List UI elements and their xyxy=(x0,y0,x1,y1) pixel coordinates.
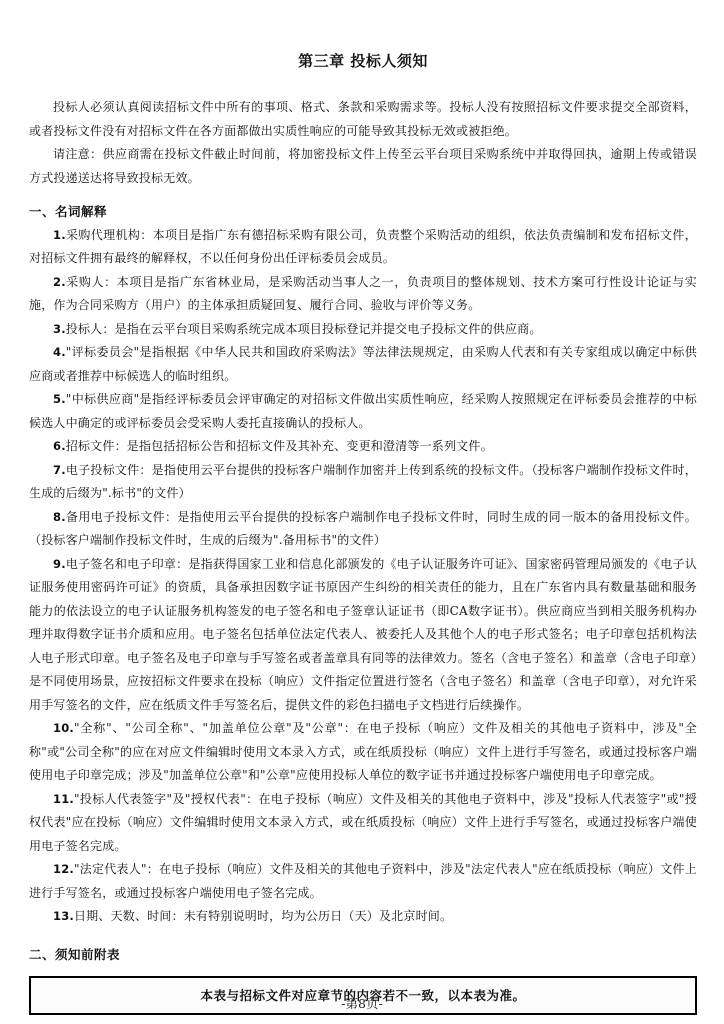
definition-item-10: 10."全称"、"公司全称"、"加盖单位公章"及"公章"：在电子投标（响应）文件… xyxy=(29,717,697,788)
item-number: 12. xyxy=(53,862,74,876)
definition-item-13: 13.日期、天数、时间：未有特别说明时，均为公历日（天）及北京时间。 xyxy=(29,905,697,929)
definition-item-1: 1.采购代理机构：本项目是指广东有德招标采购有限公司，负责整个采购活动的组织，依… xyxy=(29,224,697,271)
definition-item-11: 11."投标人代表签字"及"授权代表"：在电子投标（响应）文件及相关的其他电子资… xyxy=(29,788,697,859)
item-number: 4. xyxy=(53,345,66,359)
intro-paragraph-1: 投标人必须认真阅读招标文件中所有的事项、格式、条款和采购需求等。投标人没有按照招… xyxy=(29,96,697,143)
item-text: 招标文件：是指包括招标公告和招标文件及其补充、变更和澄清等一系列文件。 xyxy=(66,439,493,453)
definition-item-7: 7.电子投标文件：是指使用云平台提供的投标客户端制作加密并上传到系统的投标文件。… xyxy=(29,459,697,506)
item-number: 3. xyxy=(53,322,66,336)
item-number: 6. xyxy=(53,439,66,453)
item-text: "投标人代表签字"及"授权代表"：在电子投标（响应）文件及相关的其他电子资料中，… xyxy=(29,792,697,853)
document-page: 第三章 投标人须知 投标人必须认真阅读招标文件中所有的事项、格式、条款和采购需求… xyxy=(0,0,724,1024)
item-number: 5. xyxy=(53,392,66,406)
item-text: 电子投标文件：是指使用云平台提供的投标客户端制作加密并上传到系统的投标文件。（投… xyxy=(29,463,697,501)
item-number: 11. xyxy=(53,792,74,806)
item-text: "中标供应商"是指经评标委员会评审确定的对招标文件做出实质性响应，经采购人按照规… xyxy=(29,392,697,430)
item-text: 投标人：是指在云平台项目采购系统完成本项目投标登记并提交电子投标文件的供应商。 xyxy=(66,322,542,336)
definition-item-6: 6.招标文件：是指包括招标公告和招标文件及其补充、变更和澄清等一系列文件。 xyxy=(29,435,697,459)
item-text: "法定代表人"：在电子投标（响应）文件及相关的其他电子资料中，涉及"法定代表人"… xyxy=(29,862,697,900)
item-text: 备用电子投标文件：是指使用云平台提供的投标客户端制作电子投标文件时，同时生成的同… xyxy=(29,510,697,548)
item-number: 8. xyxy=(53,510,66,524)
item-text: "评标委员会"是指根据《中华人民共和国政府采购法》等法律法规规定，由采购人代表和… xyxy=(29,345,697,383)
item-text: "全称"、"公司全称"、"加盖单位公章"及"公章"：在电子投标（响应）文件及相关… xyxy=(29,721,697,782)
definition-item-9: 9.电子签名和电子印章：是指获得国家工业和信息化部颁发的《电子认证服务许可证》、… xyxy=(29,553,697,718)
item-text: 采购人：本项目是指广东省林业局，是采购活动当事人之一，负责项目的整体规划、技术方… xyxy=(29,275,697,313)
definition-item-8: 8.备用电子投标文件：是指使用云平台提供的投标客户端制作电子投标文件时，同时生成… xyxy=(29,506,697,553)
page-number: -第8页- xyxy=(0,994,724,1012)
item-number: 7. xyxy=(53,463,66,477)
item-number: 2. xyxy=(53,275,66,289)
item-number: 9. xyxy=(53,557,66,571)
definition-item-12: 12."法定代表人"：在电子投标（响应）文件及相关的其他电子资料中，涉及"法定代… xyxy=(29,858,697,905)
definition-item-2: 2.采购人：本项目是指广东省林业局，是采购活动当事人之一，负责项目的整体规划、技… xyxy=(29,271,697,318)
definition-item-5: 5."中标供应商"是指经评标委员会评审确定的对招标文件做出实质性响应，经采购人按… xyxy=(29,388,697,435)
item-text: 采购代理机构：本项目是指广东有德招标采购有限公司，负责整个采购活动的组织，依法负… xyxy=(29,228,697,266)
definition-item-3: 3.投标人：是指在云平台项目采购系统完成本项目投标登记并提交电子投标文件的供应商… xyxy=(29,318,697,342)
item-text: 日期、天数、时间：未有特别说明时，均为公历日（天）及北京时间。 xyxy=(74,909,452,923)
page-title: 第三章 投标人须知 xyxy=(29,50,697,72)
intro-paragraph-2: 请注意：供应商需在投标文件截止时间前，将加密投标文件上传至云平台项目采购系统中并… xyxy=(29,143,697,190)
item-number: 10. xyxy=(53,721,74,735)
definitions-heading: 一、名词解释 xyxy=(29,200,697,224)
definition-item-4: 4."评标委员会"是指根据《中华人民共和国政府采购法》等法律法规规定，由采购人代… xyxy=(29,341,697,388)
item-text: 电子签名和电子印章：是指获得国家工业和信息化部颁发的《电子认证服务许可证》、国家… xyxy=(29,557,697,712)
item-number: 13. xyxy=(53,909,74,923)
item-number: 1. xyxy=(53,228,66,242)
pretable-heading: 二、须知前附表 xyxy=(29,943,697,967)
